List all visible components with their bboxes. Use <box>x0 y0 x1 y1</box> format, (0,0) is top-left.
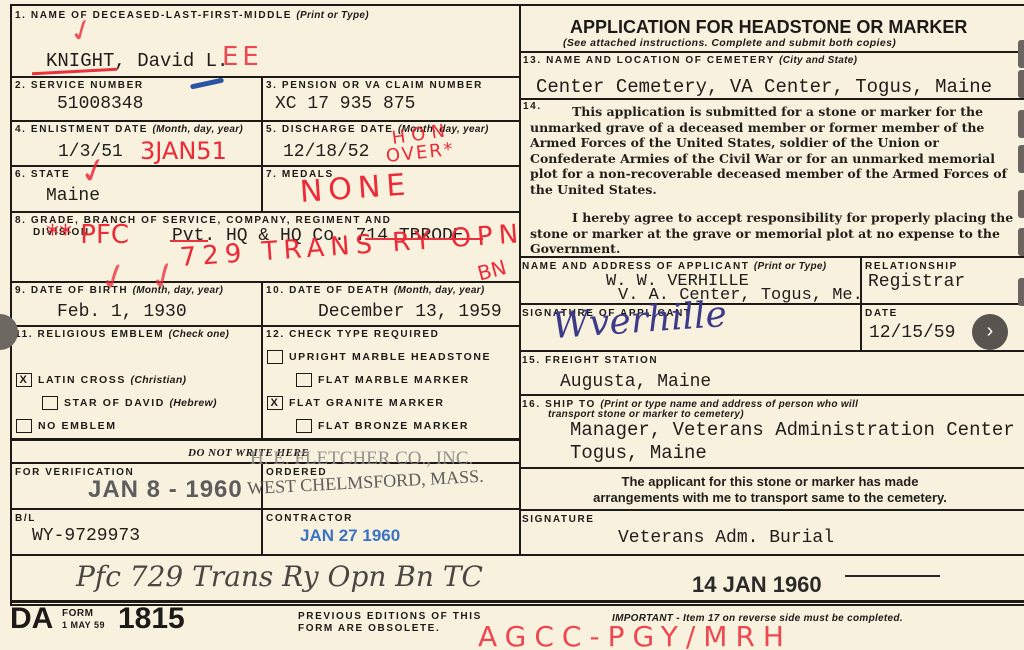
bl-value: WY-9729973 <box>32 526 140 546</box>
edge-tab[interactable] <box>1018 40 1024 68</box>
field-label-contractor: CONTRACTOR <box>266 513 353 524</box>
form-word: FORM <box>62 608 93 619</box>
emblem-option-star-of-david[interactable]: STAR OF DAVID (Hebrew) <box>42 396 217 410</box>
death-date-value: December 13, 1959 <box>318 302 502 322</box>
birth-date-value: Feb. 1, 1930 <box>57 302 187 322</box>
emblem-option-no-emblem[interactable]: NO EMBLEM <box>16 419 117 433</box>
name-annotation: EE <box>222 42 263 72</box>
field-label-freight-station: 15. FREIGHT STATION <box>522 355 658 366</box>
field-label-signature: SIGNATURE <box>522 514 595 525</box>
divider <box>519 51 1024 53</box>
red-routing-code: AGCC-PGY/MRH <box>478 620 792 650</box>
checkbox[interactable] <box>42 396 58 410</box>
field-label-death-date: 10. DATE OF DEATH (Month, day, year) <box>266 285 485 296</box>
date-value: 12/15/59 <box>869 323 955 343</box>
type-option-flat-bronze[interactable]: FLAT BRONZE MARKER <box>296 419 469 433</box>
edge-tab[interactable] <box>1018 228 1024 256</box>
verification-stamp: JAN 8 - 1960 <box>88 476 243 504</box>
ship-to-line-1: Manager, Veterans Administration Center <box>570 419 1015 441</box>
contractor-stamp: JAN 27 1960 <box>300 526 400 546</box>
field-label-service-number: 2. SERVICE NUMBER <box>15 80 144 91</box>
divider <box>10 281 520 283</box>
form-title: APPLICATION FOR HEADSTONE OR MARKER <box>570 17 967 38</box>
field-label-discharge-date: 5. DISCHARGE DATE (Month, day, year) <box>266 124 489 135</box>
field-label-birth-date: 9. DATE OF BIRTH (Month, day, year) <box>15 285 223 296</box>
field-label-enlistment-date: 4. ENLISTMENT DATE (Month, day, year) <box>15 124 243 135</box>
edge-tab[interactable] <box>1018 70 1024 98</box>
emblem-option-latin-cross[interactable]: XLATIN CROSS (Christian) <box>16 373 186 387</box>
divider <box>519 467 1024 469</box>
type-option-flat-granite[interactable]: XFLAT GRANITE MARKER <box>267 396 445 410</box>
divider <box>519 4 521 554</box>
checkbox[interactable]: X <box>16 373 32 387</box>
divider <box>10 211 520 213</box>
divider <box>261 76 263 211</box>
divider <box>519 509 1024 511</box>
divider <box>10 325 520 327</box>
field-label-bl: B/L <box>15 513 36 524</box>
checkbox[interactable]: X <box>267 396 283 410</box>
claim-number-value: XC 17 935 875 <box>275 94 415 114</box>
divider <box>10 554 1024 556</box>
divider <box>519 98 1024 100</box>
fletcher-stamp-line-1: H. E. FLETCHER CO., INC. <box>250 448 473 470</box>
edge-tab[interactable] <box>1018 145 1024 173</box>
scanned-document: 1. NAME OF DECEASED-LAST-FIRST-MIDDLE (P… <box>0 0 1024 650</box>
form-subtitle: (See attached instructions. Complete and… <box>563 38 896 49</box>
received-date-stamp: 14 JAN 1960 <box>692 572 822 598</box>
chevron-right-icon: › <box>987 320 994 342</box>
statement-paragraph-2: I hereby agree to accept responsibility … <box>530 210 1018 257</box>
pen-stroke <box>845 575 940 577</box>
service-number-value: 51008348 <box>57 94 143 114</box>
divider <box>519 350 1024 352</box>
handwritten-unit-note: Pfc 729 Trans Ry Opn Bn TC <box>76 560 483 593</box>
transport-statement: The applicant for this stone or marker h… <box>520 474 1020 505</box>
field-label-relationship: RELATIONSHIP <box>865 261 958 272</box>
enlistment-annotation: 3JAN51 <box>140 137 227 165</box>
relationship-value: Registrar <box>868 272 965 292</box>
checkbox[interactable] <box>296 419 312 433</box>
deceased-name-value: KNIGHT, David L. <box>46 50 228 72</box>
field-label-cemetery: 13. NAME AND LOCATION OF CEMETERY (City … <box>523 55 857 66</box>
divider <box>10 438 520 441</box>
field-label-date: DATE <box>865 308 898 319</box>
field-label-check-type: 12. CHECK TYPE REQUIRED <box>266 329 440 340</box>
cemetery-value: Center Cemetery, VA Center, Togus, Maine <box>536 76 992 98</box>
checkbox[interactable] <box>267 350 283 364</box>
obsolete-note-1: PREVIOUS EDITIONS OF THIS <box>298 611 482 622</box>
freight-station-value: Augusta, Maine <box>560 372 711 392</box>
checkbox[interactable] <box>16 419 32 433</box>
statement-paragraph-1: This application is submitted for a ston… <box>530 104 1018 198</box>
field-label-state: 6. STATE <box>15 169 70 180</box>
form-number: 1815 <box>118 602 185 636</box>
edge-tab[interactable] <box>1018 278 1024 306</box>
grade-annotation-pfc: ** PFC <box>46 220 129 250</box>
divider <box>10 76 520 78</box>
edge-tab[interactable] <box>1018 190 1024 218</box>
discharge-date-value: 12/18/52 <box>283 142 369 162</box>
form-date: 1 MAY 59 <box>62 620 105 631</box>
edge-tab[interactable] <box>1018 110 1024 138</box>
ship-to-line-2: Togus, Maine <box>570 442 707 464</box>
form-prefix: DA <box>10 602 53 636</box>
field-label-religious-emblem: 11. RELIGIOUS EMBLEM (Check one) <box>15 329 229 340</box>
obsolete-note-2: FORM ARE OBSOLETE. <box>298 623 440 634</box>
signature-value: Veterans Adm. Burial <box>618 528 834 548</box>
field-label-claim-number: 3. PENSION OR VA CLAIM NUMBER <box>266 80 483 91</box>
divider <box>519 394 1024 396</box>
checkbox[interactable] <box>296 373 312 387</box>
divider <box>10 508 520 510</box>
next-page-button[interactable]: › <box>972 314 1008 350</box>
divider <box>261 281 263 439</box>
field-label-applicant: NAME AND ADDRESS OF APPLICANT (Print or … <box>522 261 826 272</box>
type-option-upright-marble[interactable]: UPRIGHT MARBLE HEADSTONE <box>267 350 491 364</box>
type-option-flat-marble[interactable]: FLAT MARBLE MARKER <box>296 373 470 387</box>
